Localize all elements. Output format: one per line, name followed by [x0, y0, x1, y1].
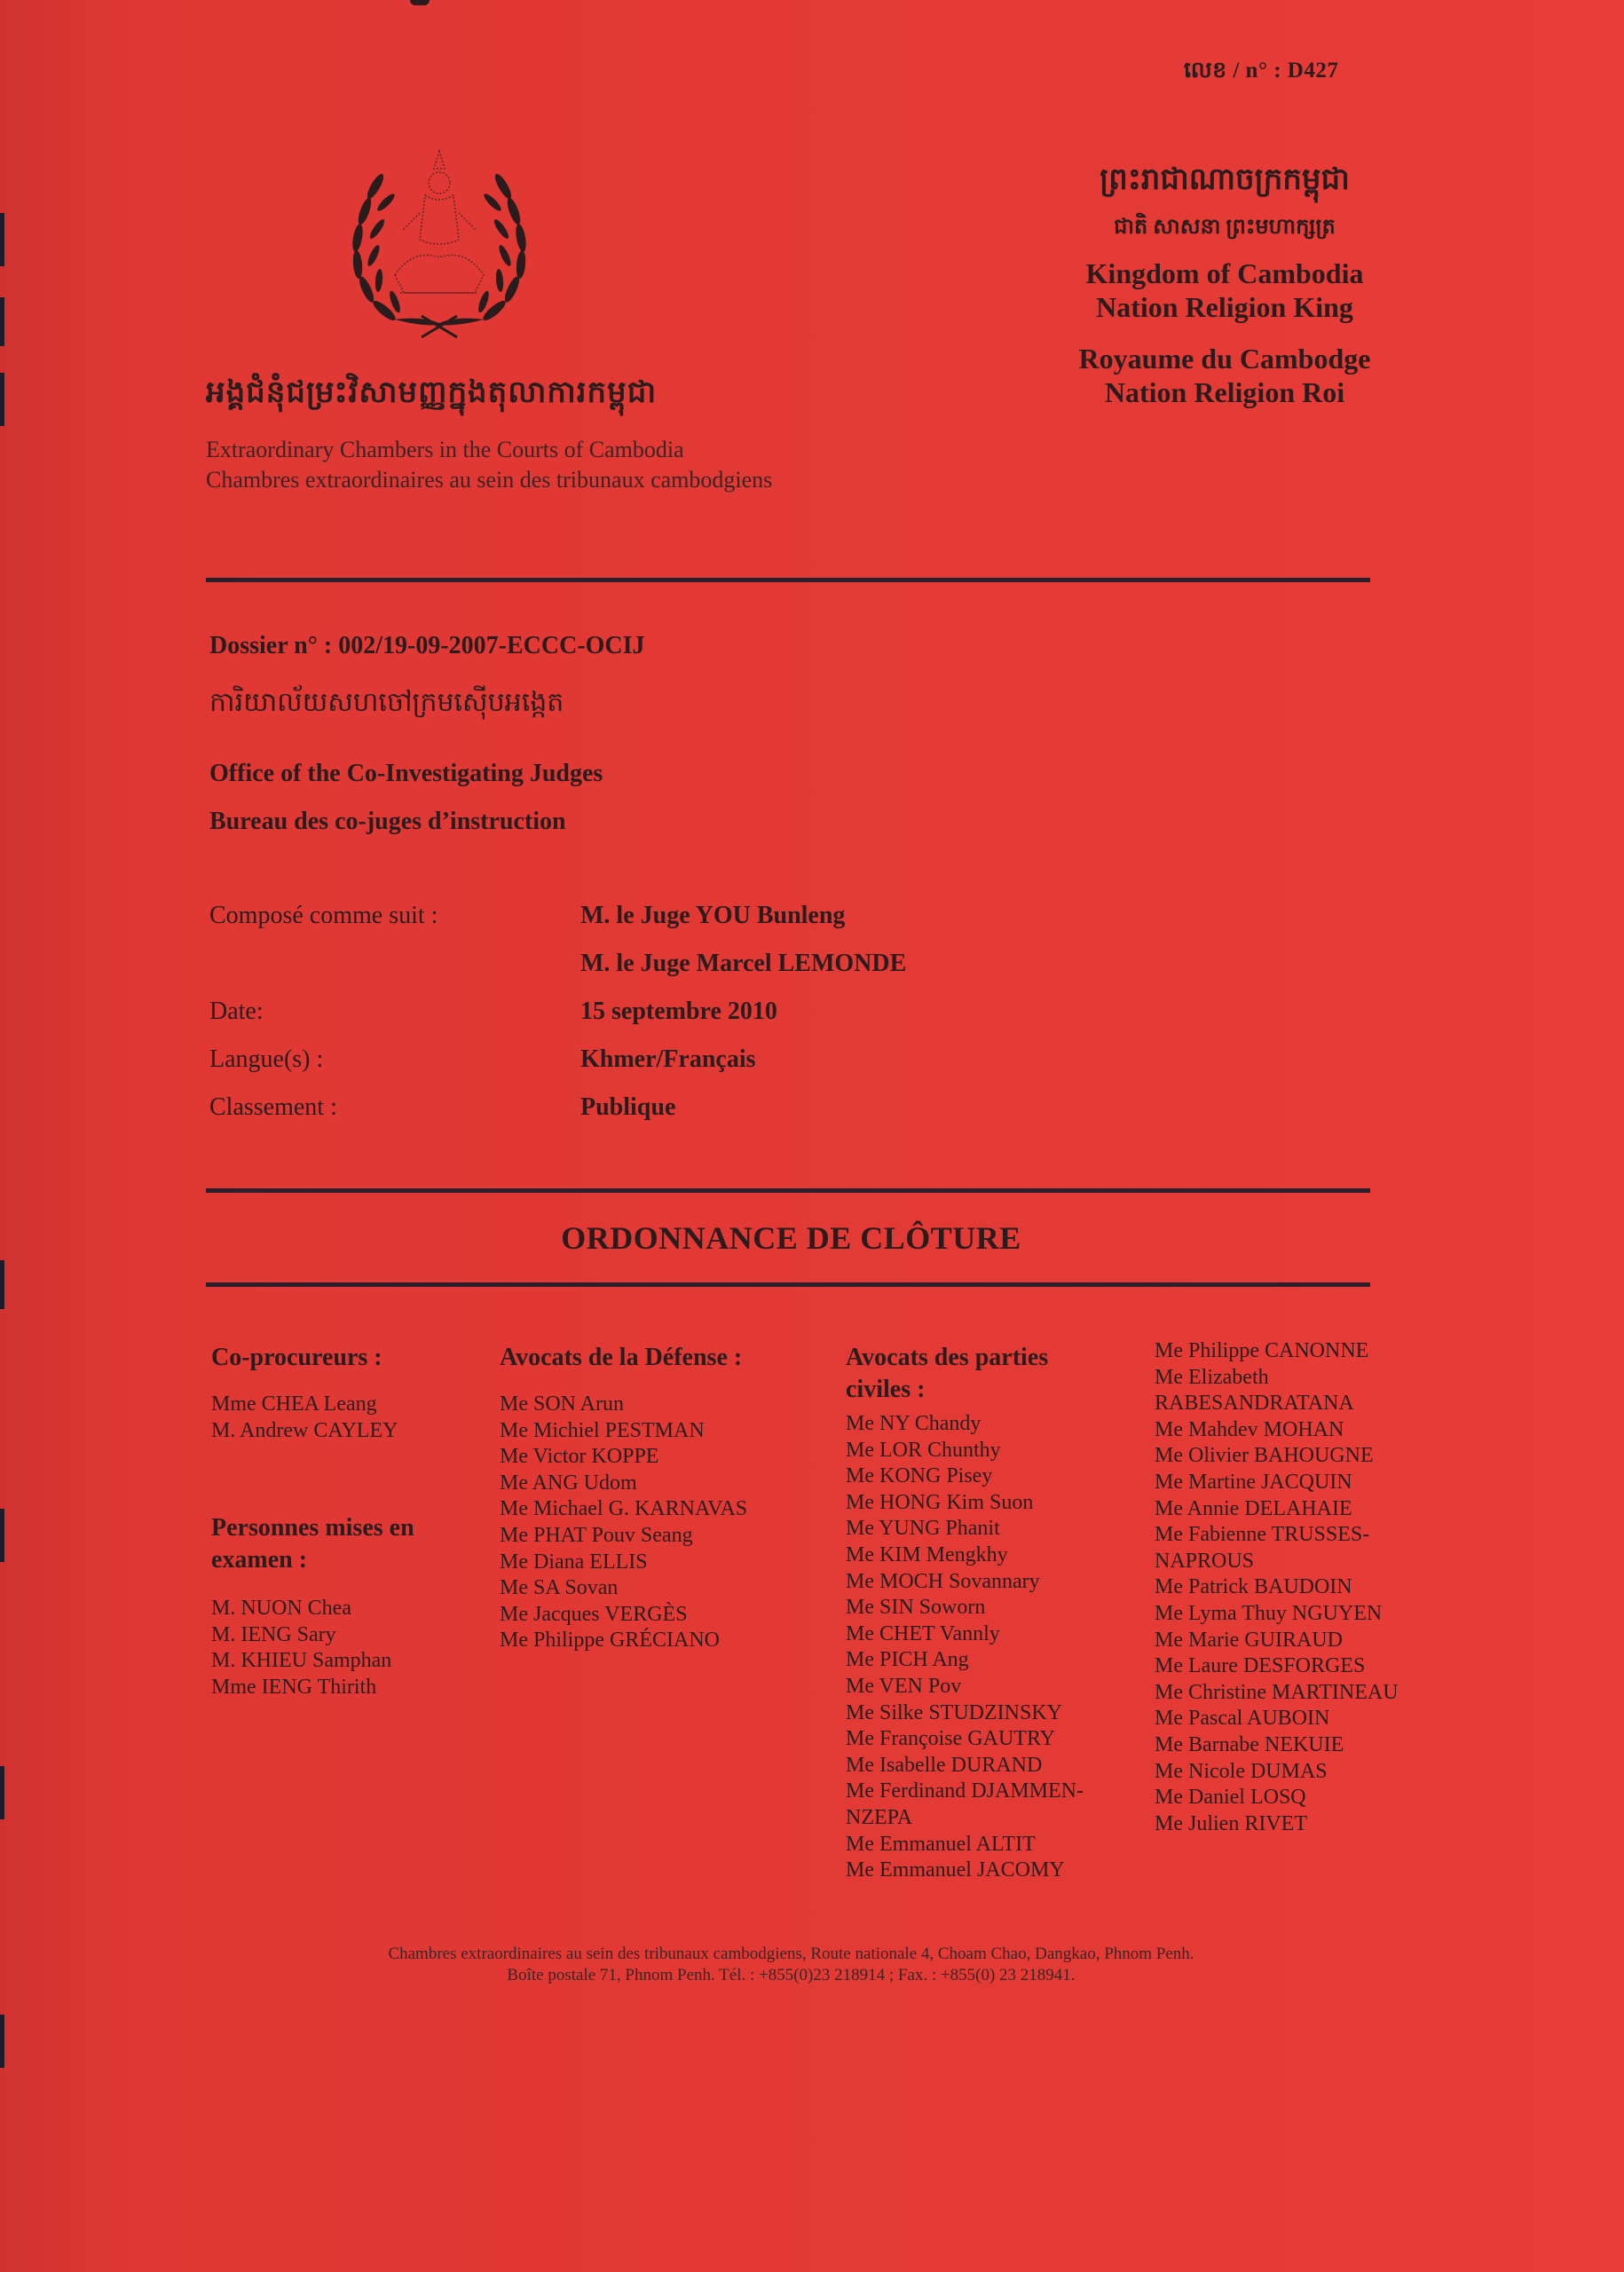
defence-lawyer-name: Me Philippe GRÉCIANO: [500, 1628, 819, 1654]
divider: [206, 1282, 1370, 1287]
binding-mark: [0, 1766, 4, 1819]
civil-party-lawyer-name: Me KONG Pisey: [846, 1463, 1094, 1490]
charged-persons-section: Personnes mises en examen : M. NUON Chea…: [211, 1512, 469, 1700]
defence-lawyer-name: Me SA Sovan: [500, 1575, 819, 1602]
meta-value-language: Khmer/Français: [580, 1045, 756, 1074]
defence-lawyer-name: Me Diana ELLIS: [500, 1550, 819, 1576]
document-title: ORDONNANCE DE CLÔTURE: [0, 1219, 1582, 1257]
institution-khmer: អង្គជំនុំជម្រះវិសាមញ្ញក្នុងតុលាការកម្ពុជ…: [206, 373, 772, 417]
civil-party-lawyer-name: Me Barnabe NEKUIE: [1155, 1732, 1439, 1759]
civil-party-lawyer-name: Me Silke STUDZINSKY: [846, 1700, 1094, 1727]
scan-mark: [410, 0, 430, 5]
meta-value-judge-2: M. le Juge Marcel LEMONDE: [580, 950, 906, 978]
charged-person-name: M. IENG Sary: [211, 1622, 469, 1649]
document-reference: លេខ / n° : D427: [1184, 57, 1338, 89]
civil-party-lawyer-name: Me Pascal AUBOIN: [1155, 1706, 1439, 1732]
co-prosecutors-section: Co-procureurs : Mme CHEA LeangM. Andrew …: [211, 1342, 477, 1444]
binding-mark: [0, 2015, 4, 2068]
dossier-number: Dossier n° : 002/19-09-2007-ECCC-OCIJ: [209, 632, 645, 660]
defence-lawyer-name: Me Jacques VERGÈS: [500, 1602, 819, 1629]
civil-party-lawyer-name: Me MOCH Sovannary: [846, 1569, 1094, 1596]
kingdom-khmer: ព្រះរាជាណាចក្រកម្ពុជា: [1038, 160, 1411, 204]
meta-value-judge-1: M. le Juge YOU Bunleng: [580, 902, 845, 930]
civil-party-lawyer-name: Me Lyma Thuy NGUYEN: [1155, 1601, 1439, 1628]
defence-lawyer-name: Me PHAT Pouv Seang: [500, 1523, 819, 1550]
civil-party-lawyer-name: Me Patrick BAUDOIN: [1155, 1574, 1439, 1601]
civil-party-lawyer-name: Me Fabienne TRUSSES-: [1155, 1522, 1439, 1549]
office-english: Office of the Co-Investigating Judges: [209, 760, 603, 788]
civil-party-lawyer-name: Me Françoise GAUTRY: [846, 1726, 1094, 1753]
binding-mark: [0, 1260, 4, 1309]
civil-party-lawyer-name: Me Mahdev MOHAN: [1155, 1417, 1439, 1444]
institution-header: អង្គជំនុំជម្រះវិសាមញ្ញក្នុងតុលាការកម្ពុជ…: [206, 373, 772, 495]
civil-party-lawyer-name: Me Emmanuel ALTIT: [846, 1832, 1094, 1858]
defence-lawyer-name: Me Michael G. KARNAVAS: [500, 1496, 819, 1523]
defence-lawyer-name: Me SON Arun: [500, 1392, 819, 1418]
defence-lawyers-heading: Avocats de la Défense :: [500, 1342, 819, 1374]
civil-party-lawyer-name: Me Julien RIVET: [1155, 1811, 1439, 1838]
charged-persons-heading: Personnes mises en examen :: [211, 1512, 469, 1576]
civil-party-lawyer-name: Me Ferdinand DJAMMEN-: [846, 1779, 1094, 1805]
motto-khmer: ជាតិ សាសនា ព្រះមហាក្សត្រ: [1038, 213, 1411, 244]
civil-party-lawyer-name: Me HONG Kim Suon: [846, 1490, 1094, 1517]
meta-value-date: 15 septembre 2010: [580, 998, 777, 1026]
defence-lawyer-name: Me Michiel PESTMAN: [500, 1418, 819, 1445]
divider: [206, 578, 1370, 582]
civil-party-lawyer-name: Me YUNG Phanit: [846, 1516, 1094, 1542]
institution-french: Chambres extraordinaires au sein des tri…: [206, 465, 772, 495]
civil-party-lawyer-name: Me Martine JACQUIN: [1155, 1470, 1439, 1496]
motto-french: Nation Religion Roi: [1038, 375, 1411, 409]
civil-party-lawyer-name: Me Olivier BAHOUGNE: [1155, 1443, 1439, 1470]
eccc-emblem-icon: [333, 142, 546, 346]
civil-party-lawyer-name: Me Nicole DUMAS: [1155, 1759, 1439, 1786]
motto-english: Nation Religion King: [1038, 290, 1411, 324]
civil-party-lawyers-heading: Avocats des parties civiles :: [846, 1342, 1094, 1406]
kingdom-header: ព្រះរាជាណាចក្រកម្ពុជា ជាតិ សាសនា ព្រះមហា…: [1038, 160, 1411, 409]
meta-label-date: Date:: [209, 998, 264, 1026]
civil-party-lawyer-name: Me Philippe CANONNE: [1155, 1338, 1439, 1365]
footer-address: Chambres extraordinaires au sein des tri…: [0, 1944, 1582, 1986]
co-prosecutor-name: M. Andrew CAYLEY: [211, 1418, 477, 1445]
civil-party-lawyer-name: Me Isabelle DURAND: [846, 1753, 1094, 1779]
office-french: Bureau des co-juges d’instruction: [209, 808, 566, 836]
co-prosecutor-name: Mme CHEA Leang: [211, 1392, 477, 1418]
binding-mark: [0, 297, 4, 346]
footer-line-1: Chambres extraordinaires au sein des tri…: [0, 1944, 1582, 1965]
civil-party-lawyer-name: Me Emmanuel JACOMY: [846, 1858, 1094, 1884]
defence-lawyer-name: Me ANG Udom: [500, 1471, 819, 1497]
co-prosecutors-heading: Co-procureurs :: [211, 1342, 477, 1374]
civil-party-lawyer-name: RABESANDRATANA: [1155, 1391, 1439, 1417]
civil-party-lawyer-name: Me KIM Mengkhy: [846, 1542, 1094, 1569]
civil-party-lawyer-name: Me Elizabeth: [1155, 1365, 1439, 1392]
civil-party-lawyers-continued: Me Philippe CANONNEMe ElizabethRABESANDR…: [1155, 1338, 1439, 1837]
civil-party-lawyer-name: Me Marie GUIRAUD: [1155, 1628, 1439, 1654]
civil-party-lawyers-section: Avocats des parties civiles : Me NY Chan…: [846, 1342, 1094, 1884]
civil-party-lawyer-name: Me NY Chandy: [846, 1411, 1094, 1438]
civil-party-lawyer-name: Me Christine MARTINEAU: [1155, 1680, 1439, 1707]
civil-party-lawyer-name: Me Laure DESFORGES: [1155, 1653, 1439, 1680]
defence-lawyer-name: Me Victor KOPPE: [500, 1444, 819, 1471]
civil-party-lawyer-name: Me Annie DELAHAIE: [1155, 1496, 1439, 1523]
civil-party-lawyer-name: Me SIN Soworn: [846, 1595, 1094, 1621]
civil-party-lawyer-name: Me VEN Pov: [846, 1674, 1094, 1700]
defence-lawyers-section: Avocats de la Défense : Me SON ArunMe Mi…: [500, 1342, 819, 1654]
kingdom-french: Royaume du Cambodge: [1038, 342, 1411, 375]
binding-mark: [0, 1509, 4, 1562]
meta-label-language: Langue(s) :: [209, 1045, 323, 1074]
charged-person-name: M. NUON Chea: [211, 1596, 469, 1622]
meta-label-composition: Composé comme suit :: [209, 902, 438, 930]
kingdom-english: Kingdom of Cambodia: [1038, 256, 1411, 290]
meta-value-classification: Publique: [580, 1093, 675, 1122]
binding-mark: [0, 373, 4, 426]
civil-party-lawyer-name: Me Daniel LOSQ: [1155, 1785, 1439, 1811]
civil-party-lawyer-name: Me LOR Chunthy: [846, 1438, 1094, 1464]
charged-person-name: Mme IENG Thirith: [211, 1675, 469, 1701]
binding-mark: [0, 213, 4, 266]
civil-party-lawyer-name: NZEPA: [846, 1805, 1094, 1832]
charged-person-name: M. KHIEU Samphan: [211, 1648, 469, 1675]
civil-party-lawyer-name: Me PICH Ang: [846, 1647, 1094, 1674]
civil-party-lawyer-name: NAPROUS: [1155, 1549, 1439, 1575]
civil-party-lawyer-name: Me CHET Vannly: [846, 1621, 1094, 1648]
footer-line-2: Boîte postale 71, Phnom Penh. Tél. : +85…: [0, 1965, 1582, 1986]
divider: [206, 1188, 1370, 1193]
institution-english: Extraordinary Chambers in the Courts of …: [206, 435, 772, 465]
meta-label-classification: Classement :: [209, 1093, 337, 1122]
office-khmer: ការិយាល័យសហចៅក្រមស៊ើបអង្កេត: [209, 685, 564, 724]
